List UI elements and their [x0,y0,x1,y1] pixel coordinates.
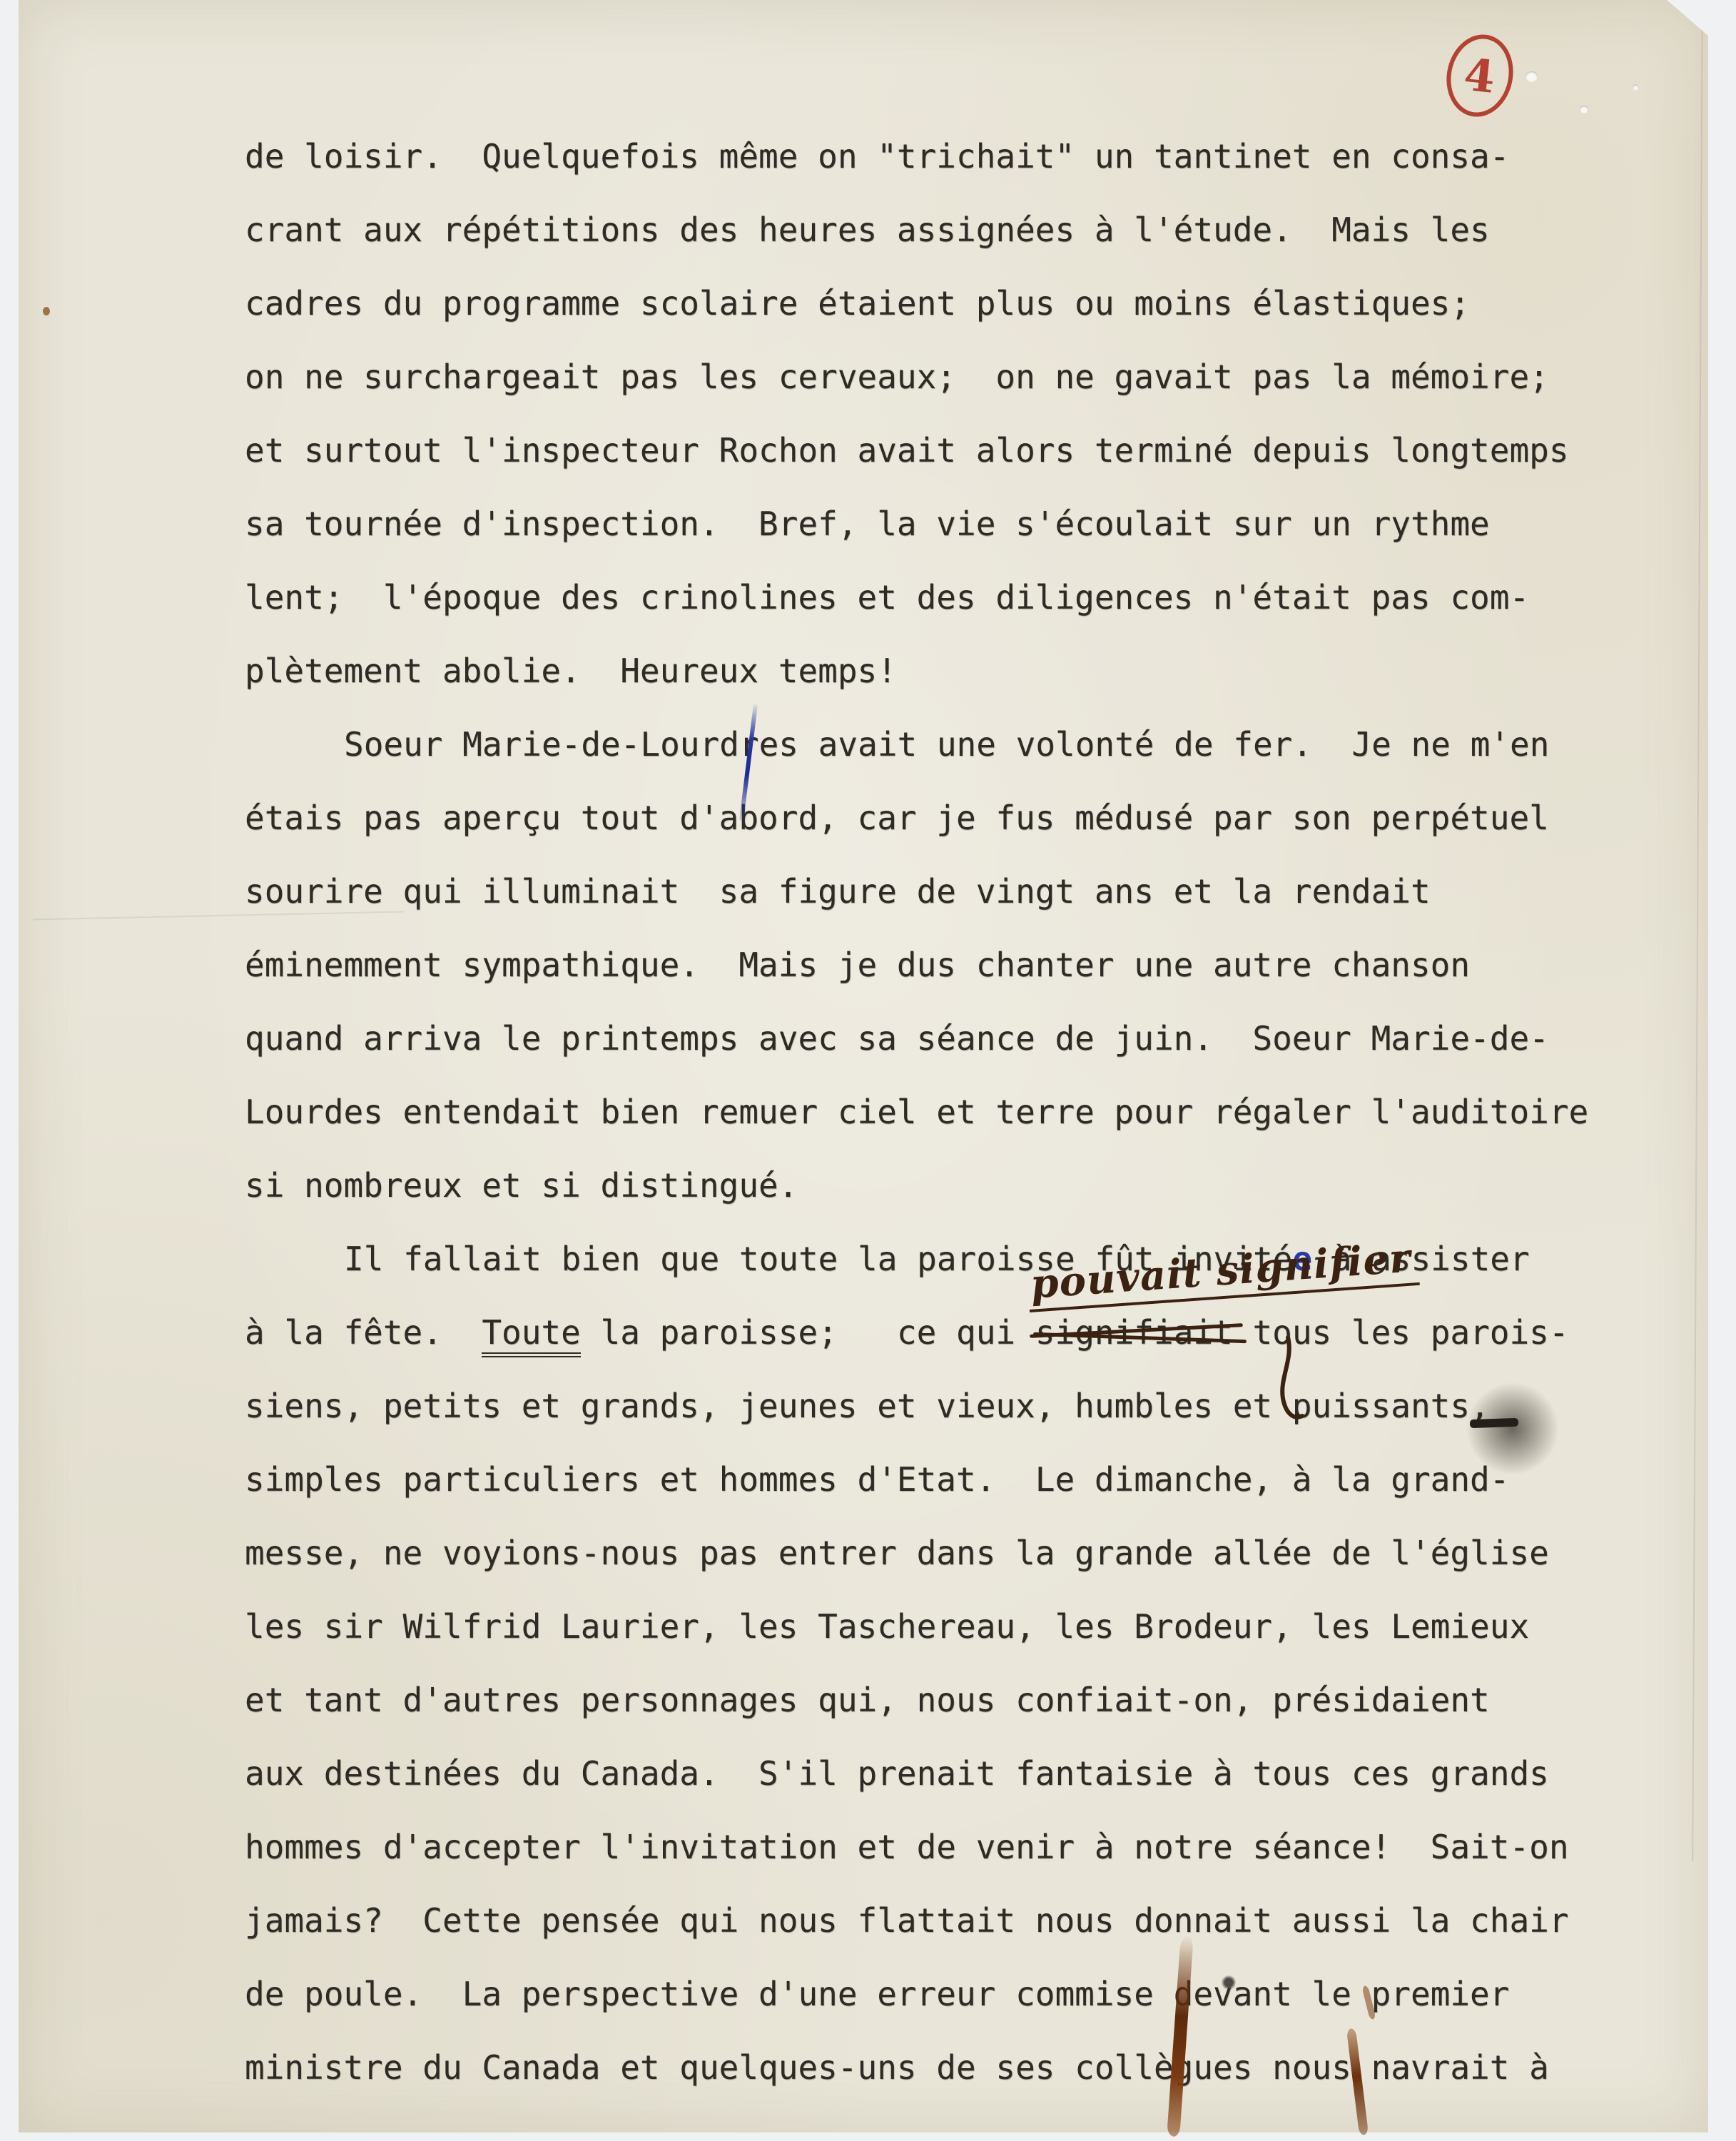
paper-hole [1633,84,1639,91]
text-line: simples particuliers et hommes d'Etat. L… [245,1443,1615,1517]
text-line: cadres du programme scolaire étaient plu… [245,267,1615,340]
text-line: éminemment sympathique. Mais je dus chan… [245,928,1615,1002]
text-line: si nombreux et si distingué. [245,1149,1615,1223]
insertion-caret-mark [1267,1336,1305,1430]
text-line: Lourdes entendait bien remuer ciel et te… [245,1075,1615,1149]
paper-fold-line [1692,6,1703,1861]
text-line: messe, ne voyions-nous pas entrer dans l… [245,1517,1615,1590]
crossed-out-word: signifiait [1035,1313,1233,1352]
text-line: on ne surchargeait pas les cerveaux; on … [245,340,1615,414]
overstruck-dash [1470,1418,1518,1428]
text-line: sourire qui illuminait sa figure de ving… [245,855,1615,928]
gray-spot [1222,1975,1236,1990]
text-line: et surtout l'inspecteur Rochon avait alo… [245,414,1615,487]
text-line: plètement abolie. Heureux temps! [245,634,1615,708]
text-line: étais pas aperçu tout d'abord, car je fu… [245,781,1615,855]
text-line-with-handwritten-correction: à la fête. Toute la paroisse; ce qui sig… [245,1296,1615,1370]
paper-hole [1526,71,1538,82]
page-number: 4 [1462,48,1498,103]
text-segment: la paroisse; ce qui [581,1313,1035,1352]
paper-hole [1580,106,1588,113]
text-line: quand arriva le printemps avec sa séance… [245,1002,1615,1075]
underlined-word: Toute [482,1313,580,1357]
text-line: et tant d'autres personnages qui, nous c… [245,1664,1615,1737]
text-line: jamais? Cette pensée qui nous flattait n… [245,1884,1615,1958]
text-line: siens, petits et grands, jeunes et vieux… [245,1370,1615,1443]
text-line: hommes d'accepter l'invitation et de ven… [245,1811,1615,1884]
scanned-typescript-page: 4 de loisir. Quelquefois même on "tricha… [0,0,1736,2141]
text-line: aux destinées du Canada. S'il prenait fa… [245,1737,1615,1811]
text-line: les sir Wilfrid Laurier, les Taschereau,… [245,1590,1615,1664]
text-line: de poule. La perspective d'une erreur co… [245,1958,1615,2031]
typewritten-text: de loisir. Quelquefois même on "trichait… [245,120,1615,2105]
text-line: sa tournée d'inspection. Bref, la vie s'… [245,487,1615,561]
text-segment: à la fête. [245,1313,482,1352]
text-line: lent; l'époque des crinolines et des dil… [245,561,1615,634]
text-line: de loisir. Quelquefois même on "trichait… [245,120,1615,193]
paper-speck [43,307,50,315]
text-line-with-blue-correction: Soeur Marie-de-Lourdres avait une volont… [245,708,1615,781]
text-segment: Soeur Marie-de-Lourd [344,725,739,764]
blue-pen-strike-letter: r [739,725,759,764]
text-segment: es avait une volonté de fer. Je ne m'en [759,725,1550,764]
ink-smudge [1448,1365,1577,1493]
text-line: ministre du Canada et quelques-uns de se… [245,2031,1615,2105]
text-line: crant aux répétitions des heures assigné… [245,193,1615,267]
